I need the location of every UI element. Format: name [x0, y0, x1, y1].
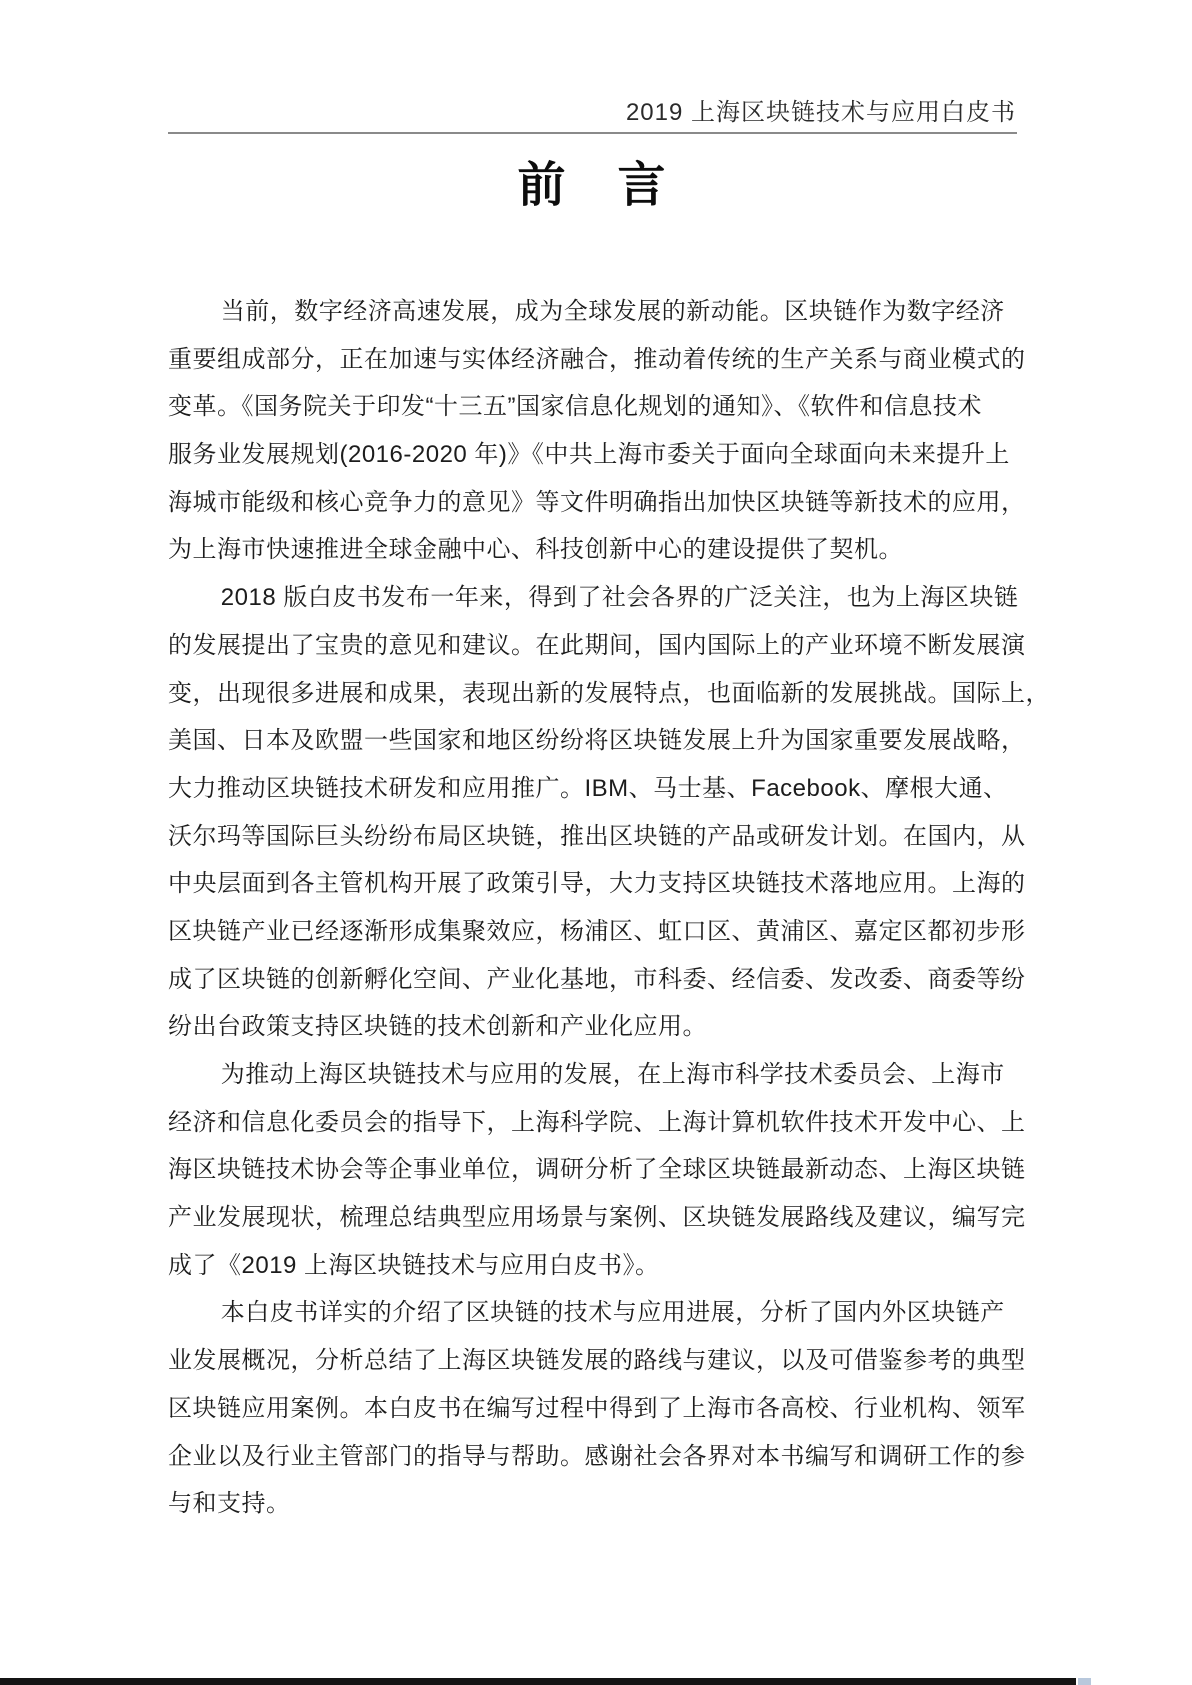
running-header-title: 2019 上海区块链技术与应用白皮书: [626, 92, 1016, 127]
body-line: 产业发展现状，梳理总结典型应用场景与案例、区块链发展路线及建议，编写完: [168, 1194, 1023, 1242]
body-line: 的发展提出了宝贵的意见和建议。在此期间，国内国际上的产业环境不断发展演: [168, 622, 1023, 670]
body-line: 2018 版白皮书发布一年来，得到了社会各界的广泛关注，也为上海区块链: [168, 574, 1023, 622]
body-line: 海城市能级和核心竞争力的意见》等文件明确指出加快区块链等新技术的应用，: [168, 479, 1023, 527]
body-line: 区块链应用案例。本白皮书在编写过程中得到了上海市各高校、行业机构、领军: [168, 1385, 1023, 1433]
body-line: 经济和信息化委员会的指导下，上海科学院、上海计算机软件技术开发中心、上: [168, 1099, 1023, 1147]
document-page: 2019 上海区块链技术与应用白皮书 前 言 当前，数字经济高速发展，成为全球发…: [0, 0, 1192, 1685]
page-title: 前 言: [168, 146, 1017, 215]
body-line: 重要组成部分，正在加速与实体经济融合，推动着传统的生产关系与商业模式的: [168, 336, 1023, 384]
body-line: 中央层面到各主管机构开展了政策引导，大力支持区块链技术落地应用。上海的: [168, 860, 1023, 908]
body-line: 大力推动区块链技术研发和应用推广。IBM、马士基、Facebook、摩根大通、: [168, 765, 1023, 813]
body-line: 为上海市快速推进全球金融中心、科技创新中心的建设提供了契机。: [168, 526, 1023, 574]
header-rule: [168, 132, 1017, 134]
body-line: 成了区块链的创新孵化空间、产业化基地，市科委、经信委、发改委、商委等纷: [168, 956, 1023, 1004]
body-line: 本白皮书详实的介绍了区块链的技术与应用进展，分析了国内外区块链产: [168, 1289, 1023, 1337]
body-line: 当前，数字经济高速发展，成为全球发展的新动能。区块链作为数字经济: [168, 288, 1023, 336]
bottom-scrollbar-thumb-end[interactable]: [1078, 1678, 1091, 1685]
body-line: 服务业发展规划(2016-2020 年)》《中共上海市委关于面向全球面向未来提升…: [168, 431, 1023, 479]
body-line: 沃尔玛等国际巨头纷纷布局区块链，推出区块链的产品或研发计划。在国内，从: [168, 813, 1023, 861]
body-line: 业发展概况，分析总结了上海区块链发展的路线与建议，以及可借鉴参考的典型: [168, 1337, 1023, 1385]
body-line: 成了《2019 上海区块链技术与应用白皮书》。: [168, 1242, 1023, 1290]
body-line: 海区块链技术协会等企事业单位，调研分析了全球区块链最新动态、上海区块链: [168, 1146, 1023, 1194]
body-line: 与和支持。: [168, 1480, 1023, 1528]
body-line: 纷出台政策支持区块链的技术创新和产业化应用。: [168, 1003, 1023, 1051]
preface-body: 当前，数字经济高速发展，成为全球发展的新动能。区块链作为数字经济重要组成部分，正…: [168, 288, 1023, 1528]
body-line: 变革。《国务院关于印发“十三五”国家信息化规划的通知》、《软件和信息技术: [168, 383, 1023, 431]
body-line: 区块链产业已经逐渐形成集聚效应，杨浦区、虹口区、黄浦区、嘉定区都初步形: [168, 908, 1023, 956]
body-line: 美国、日本及欧盟一些国家和地区纷纷将区块链发展上升为国家重要发展战略，: [168, 717, 1023, 765]
body-line: 变，出现很多进展和成果，表现出新的发展特点，也面临新的发展挑战。国际上，: [168, 670, 1023, 718]
body-line: 企业以及行业主管部门的指导与帮助。感谢社会各界对本书编写和调研工作的参: [168, 1433, 1023, 1481]
bottom-scrollbar[interactable]: [0, 1678, 1076, 1685]
body-line: 为推动上海区块链技术与应用的发展，在上海市科学技术委员会、上海市: [168, 1051, 1023, 1099]
